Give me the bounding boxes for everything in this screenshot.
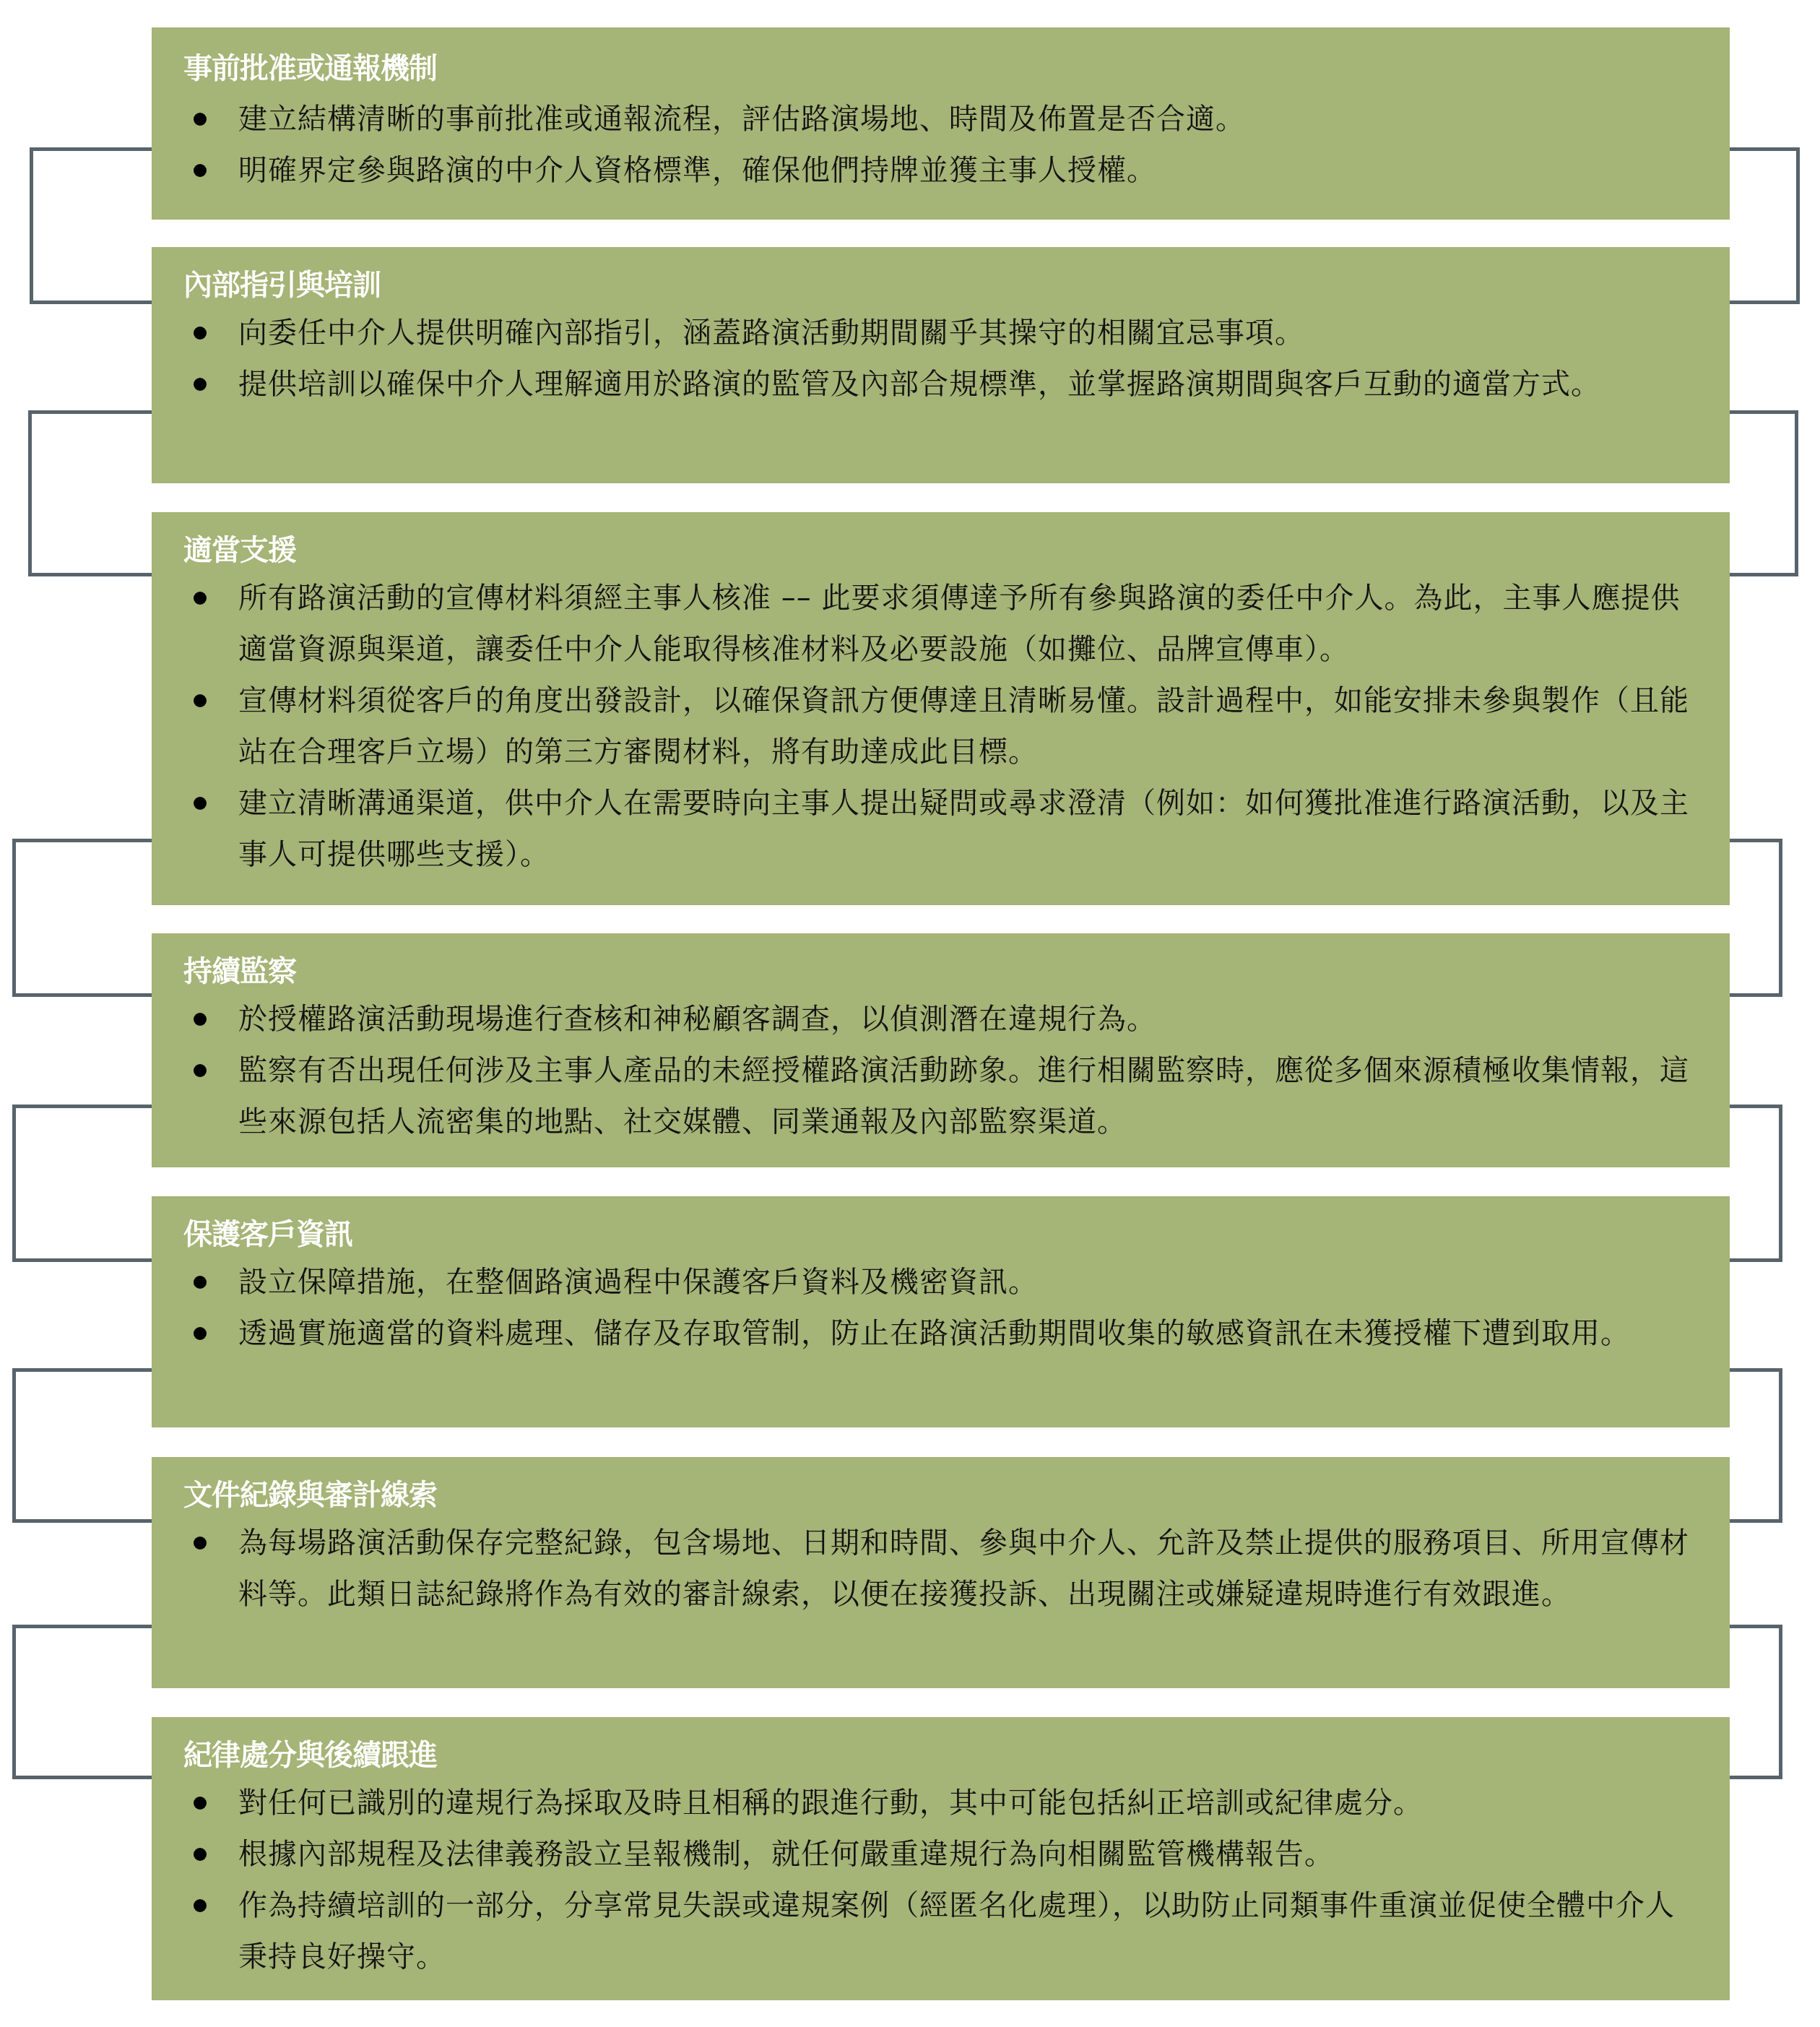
list-item-text: 為每場路演活動保存完整紀錄，包含場地、日期和時間、參與中介人、允許及禁止提供的服… — [238, 1526, 1689, 1611]
bullet-icon — [194, 1848, 207, 1861]
list-item-text: 監察有否出現任何涉及主事人產品的未經授權路演活動跡象。進行相關監察時，應從多個來… — [238, 1054, 1689, 1138]
section-prior-approval: 事前批准或通報機制 建立結構清晰的事前批准或通報流程，評估路演場地、時間及佈置是… — [152, 27, 1730, 220]
connector-bracket-right-5-6 — [1730, 1368, 1782, 1523]
section-adequate-support: 適當支援 所有路演活動的宣傳材料須經主事人核准 –– 此要求須傳達予所有參與路演… — [152, 512, 1730, 905]
section-title: 內部指引與培訓 — [183, 263, 1701, 308]
section-title: 持續監察 — [183, 949, 1701, 994]
section-disciplinary-follow-up: 紀律處分與後續跟進 對任何已識別的違規行為採取及時且相稱的跟進行動，其中可能包括… — [152, 1717, 1730, 2000]
section-internal-guidance-training: 內部指引與培訓 向委任中介人提供明確內部指引，涵蓋路演活動期間關乎其操守的相關宜… — [152, 247, 1730, 483]
bullet-list: 為每場路演活動保存完整紀錄，包含場地、日期和時間、參與中介人、允許及禁止提供的服… — [183, 1518, 1701, 1620]
bullet-icon — [194, 378, 207, 391]
bullet-list: 向委任中介人提供明確內部指引，涵蓋路演活動期間關乎其操守的相關宜忌事項。 提供培… — [183, 308, 1701, 410]
section-title: 適當支援 — [183, 528, 1701, 573]
connector-bracket-left-5-6 — [12, 1368, 152, 1523]
bullet-list: 對任何已識別的違規行為採取及時且相稱的跟進行動，其中可能包括糾正培訓或紀律處分。… — [183, 1778, 1701, 1983]
list-item-text: 透過實施適當的資料處理、儲存及存取管制，防止在路演活動期間收集的敏感資訊在未獲授… — [238, 1317, 1630, 1350]
list-item: 明確界定參與路演的中介人資格標準，確保他們持牌並獲主事人授權。 — [183, 145, 1701, 196]
section-title: 紀律處分與後續跟進 — [183, 1733, 1701, 1778]
section-client-information-protection: 保護客戶資訊 設立保障措施，在整個路演過程中保護客戶資料及機密資訊。 透過實施適… — [152, 1196, 1730, 1427]
section-ongoing-monitoring: 持續監察 於授權路演活動現場進行查核和神秘顧客調查，以偵測潛在違規行為。 監察有… — [152, 933, 1730, 1167]
list-item-text: 宣傳材料須從客戶的角度出發設計，以確保資訊方便傳達且清晰易懂。設計過程中，如能安… — [238, 684, 1689, 769]
list-item-text: 明確界定參與路演的中介人資格標準，確保他們持牌並獲主事人授權。 — [238, 154, 1156, 187]
list-item: 建立清晰溝通渠道，供中介人在需要時向主事人提出疑問或尋求澄清（例如：如何獲批准進… — [183, 778, 1701, 881]
bullet-icon — [194, 592, 207, 605]
list-item: 設立保障措施，在整個路演過程中保護客戶資料及機密資訊。 — [183, 1257, 1701, 1308]
connector-bracket-right-3-4 — [1730, 839, 1782, 997]
list-item: 根據內部規程及法律義務設立呈報機制，就任何嚴重違規行為向相關監管機構報告。 — [183, 1829, 1701, 1880]
list-item: 透過實施適當的資料處理、儲存及存取管制，防止在路演活動期間收集的敏感資訊在未獲授… — [183, 1308, 1701, 1360]
list-item: 為每場路演活動保存完整紀錄，包含場地、日期和時間、參與中介人、允許及禁止提供的服… — [183, 1518, 1701, 1620]
list-item: 於授權路演活動現場進行查核和神秘顧客調查，以偵測潛在違規行為。 — [183, 994, 1701, 1045]
connector-bracket-left-1-2 — [30, 147, 152, 304]
list-item: 對任何已識別的違規行為採取及時且相稱的跟進行動，其中可能包括糾正培訓或紀律處分。 — [183, 1778, 1701, 1829]
list-item: 建立結構清晰的事前批准或通報流程，評估路演場地、時間及佈置是否合適。 — [183, 94, 1701, 145]
list-item: 宣傳材料須從客戶的角度出發設計，以確保資訊方便傳達且清晰易懂。設計過程中，如能安… — [183, 675, 1701, 778]
bullet-icon — [194, 113, 207, 126]
bullet-icon — [194, 694, 207, 707]
connector-bracket-right-1-2 — [1730, 147, 1800, 304]
bullet-list: 所有路演活動的宣傳材料須經主事人核准 –– 此要求須傳達予所有參與路演的委任中介… — [183, 573, 1701, 881]
bullet-icon — [194, 327, 207, 340]
list-item-text: 作為持續培訓的一部分，分享常見失誤或違規案例（經匿名化處理），以助防止同類事件重… — [238, 1889, 1675, 1974]
connector-bracket-left-4-5 — [12, 1105, 152, 1262]
connector-bracket-right-6-7 — [1730, 1625, 1782, 1779]
list-item-text: 提供培訓以確保中介人理解適用於路演的監管及內部合規標準，並掌握路演期間與客戶互動… — [238, 368, 1600, 401]
list-item: 所有路演活動的宣傳材料須經主事人核准 –– 此要求須傳達予所有參與路演的委任中介… — [183, 573, 1701, 675]
connector-bracket-left-3-4 — [12, 839, 152, 997]
list-item: 向委任中介人提供明確內部指引，涵蓋路演活動期間關乎其操守的相關宜忌事項。 — [183, 308, 1701, 359]
list-item-text: 建立清晰溝通渠道，供中介人在需要時向主事人提出疑問或尋求澄清（例如：如何獲批准進… — [238, 787, 1689, 871]
bullet-icon — [194, 1013, 207, 1026]
section-title: 保護客戶資訊 — [183, 1212, 1701, 1257]
list-item-text: 對任何已識別的違規行為採取及時且相稱的跟進行動，其中可能包括糾正培訓或紀律處分。 — [238, 1786, 1423, 1820]
bullet-icon — [194, 1797, 207, 1810]
list-item-text: 設立保障措施，在整個路演過程中保護客戶資料及機密資訊。 — [238, 1266, 1038, 1299]
bullet-icon — [194, 164, 207, 177]
connector-bracket-left-2-3 — [28, 410, 152, 576]
section-title: 事前批准或通報機制 — [183, 43, 1701, 94]
bullet-list: 建立結構清晰的事前批准或通報流程，評估路演場地、時間及佈置是否合適。 明確界定參… — [183, 94, 1701, 196]
bullet-icon — [194, 1537, 207, 1550]
section-title: 文件紀錄與審計線索 — [183, 1473, 1701, 1518]
list-item: 提供培訓以確保中介人理解適用於路演的監管及內部合規標準，並掌握路演期間與客戶互動… — [183, 359, 1701, 410]
connector-bracket-left-6-7 — [12, 1625, 152, 1779]
list-item-text: 於授權路演活動現場進行查核和神秘顧客調查，以偵測潛在違規行為。 — [238, 1003, 1156, 1036]
list-item-text: 建立結構清晰的事前批准或通報流程，評估路演場地、時間及佈置是否合適。 — [238, 103, 1245, 136]
list-item-text: 向委任中介人提供明確內部指引，涵蓋路演活動期間關乎其操守的相關宜忌事項。 — [238, 316, 1304, 350]
bullet-icon — [194, 1276, 207, 1289]
bullet-list: 設立保障措施，在整個路演過程中保護客戶資料及機密資訊。 透過實施適當的資料處理、… — [183, 1257, 1701, 1360]
bullet-icon — [194, 1899, 207, 1912]
list-item-text: 根據內部規程及法律義務設立呈報機制，就任何嚴重違規行為向相關監管機構報告。 — [238, 1838, 1334, 1871]
section-documentation-audit-trail: 文件紀錄與審計線索 為每場路演活動保存完整紀錄，包含場地、日期和時間、參與中介人… — [152, 1457, 1730, 1688]
list-item: 監察有否出現任何涉及主事人產品的未經授權路演活動跡象。進行相關監察時，應從多個來… — [183, 1045, 1701, 1148]
list-item-text: 所有路演活動的宣傳材料須經主事人核准 –– 此要求須傳達予所有參與路演的委任中介… — [238, 582, 1680, 666]
bullet-icon — [194, 1327, 207, 1340]
connector-bracket-right-2-3 — [1730, 410, 1798, 576]
connector-bracket-right-4-5 — [1730, 1105, 1782, 1262]
bullet-list: 於授權路演活動現場進行查核和神秘顧客調查，以偵測潛在違規行為。 監察有否出現任何… — [183, 994, 1701, 1148]
list-item: 作為持續培訓的一部分，分享常見失誤或違規案例（經匿名化處理），以助防止同類事件重… — [183, 1880, 1701, 1983]
bullet-icon — [194, 797, 207, 810]
bullet-icon — [194, 1064, 207, 1077]
